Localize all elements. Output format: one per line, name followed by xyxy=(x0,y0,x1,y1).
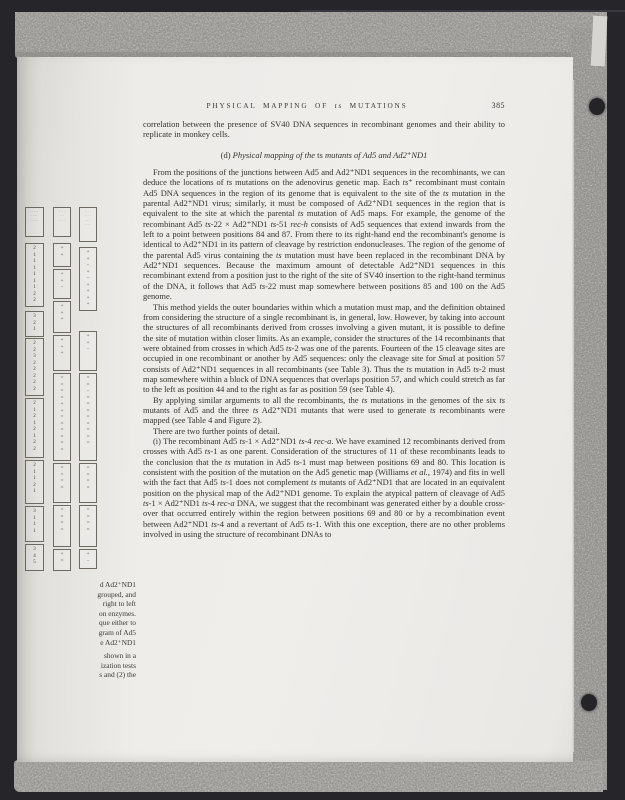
table-cell-group: = = − = = = = = = = = xyxy=(79,373,97,461)
table-cell-group: + + + xyxy=(53,301,71,333)
top-page-edge-texture xyxy=(15,12,607,58)
footnote-line: right to left xyxy=(17,599,136,609)
table-column-header: ····· ···· ····· xyxy=(25,207,44,237)
facing-page-footnote-fragment: d Ad2⁺ND1 grouped, and right to left on … xyxy=(17,580,136,680)
running-head: PHYSICAL MAPPING OF ts MUTATIONS 385 xyxy=(143,101,505,113)
table-cell-group: 3 1 1 1 xyxy=(25,506,44,542)
table-cell-group: 2 2 3 2 2 2 2 2 xyxy=(25,338,44,396)
table-cell-group: = = = = xyxy=(53,463,71,503)
table-cell-group: + = xyxy=(53,549,71,571)
page-number: 385 xyxy=(492,101,505,111)
facing-page-table-column-1: ····· ···· ····· 2 1 1 1 1 1 1 2 2 3 2 1… xyxy=(25,207,44,569)
right-page-edge-texture xyxy=(571,28,607,790)
table-cell-group: = = = = xyxy=(53,505,71,547)
interleaf-corner-sliver xyxy=(591,16,608,67)
footnote-line: shown in a xyxy=(17,651,136,661)
table-cell-group: + − xyxy=(79,549,97,569)
punch-hole-bottom xyxy=(581,694,597,711)
table-cell-group: 3 2 1 xyxy=(25,311,44,337)
table-cell-group: + + − xyxy=(79,331,97,371)
paragraph-point-one: (i) The recombinant Ad5 ts-1 × Ad2⁺ND1 t… xyxy=(143,436,505,539)
page-edge-highlight xyxy=(572,80,574,752)
running-head-title: PHYSICAL MAPPING OF ts MUTATIONS xyxy=(126,101,488,111)
footnote-line: s and (2) the xyxy=(17,670,136,680)
table-cell-group: 3 4 5 xyxy=(25,544,44,571)
table-cell-group: = = = = xyxy=(79,463,97,503)
paragraph-method-boundaries: This method yields the outer boundaries … xyxy=(143,302,505,395)
footnote-line: gram of Ad5 xyxy=(17,628,136,638)
table-cell-group: + + + xyxy=(53,335,71,371)
facing-page-table-column-2: ···· ··· ···· + + + + − + + + + + + = = … xyxy=(53,207,71,569)
table-column-header: ···· ··· ···· xyxy=(53,207,71,237)
table-cell-group: 2 1 2 1 2 1 2 2 xyxy=(25,398,44,458)
footnote-line: grouped, and xyxy=(17,590,136,600)
bottom-page-edge-texture xyxy=(14,760,603,792)
facing-page-table-column-3: ···· ···· ··· ···· + + − + − + + + + + +… xyxy=(79,207,97,569)
table-cell-group: + + − + − + + + + xyxy=(79,247,97,311)
footnote-line: e Ad2⁺ND1 xyxy=(17,638,136,648)
table-cell-group: = = = = xyxy=(79,505,97,547)
table-cell-group: + + − xyxy=(53,269,71,299)
book-photo: ····· ···· ····· 2 1 1 1 1 1 1 2 2 3 2 1… xyxy=(0,0,625,800)
footnote-line: que either to xyxy=(17,618,136,628)
table-cell-group: + + xyxy=(53,243,71,267)
footnote-line: d Ad2⁺ND1 xyxy=(17,580,136,590)
section-heading: (d) Physical mapping of the ts mutants o… xyxy=(143,150,505,160)
paragraph-two-points: There are two further points of detail. xyxy=(143,426,505,436)
footnote-line: on enzymes. xyxy=(17,609,136,619)
table-cell-group: 2 1 1 1 1 1 1 2 2 xyxy=(25,243,44,307)
paragraph-correlation: correlation between the presence of SV40… xyxy=(143,119,505,140)
page-content: PHYSICAL MAPPING OF ts MUTATIONS 385 cor… xyxy=(143,101,505,539)
punch-hole-top xyxy=(589,98,605,115)
footnote-line: ization tests xyxy=(17,661,136,671)
paragraph-junction-positions: From the positions of the junctions betw… xyxy=(143,167,505,301)
table-cell-group: = = = = + + = = = = = = xyxy=(53,373,71,461)
paragraph-similar-arguments: By applying similar arguments to all the… xyxy=(143,395,505,426)
table-cell-group: 2 1 1 2 1 xyxy=(25,460,44,504)
table-column-header: ···· ···· ··· ···· xyxy=(79,207,97,242)
